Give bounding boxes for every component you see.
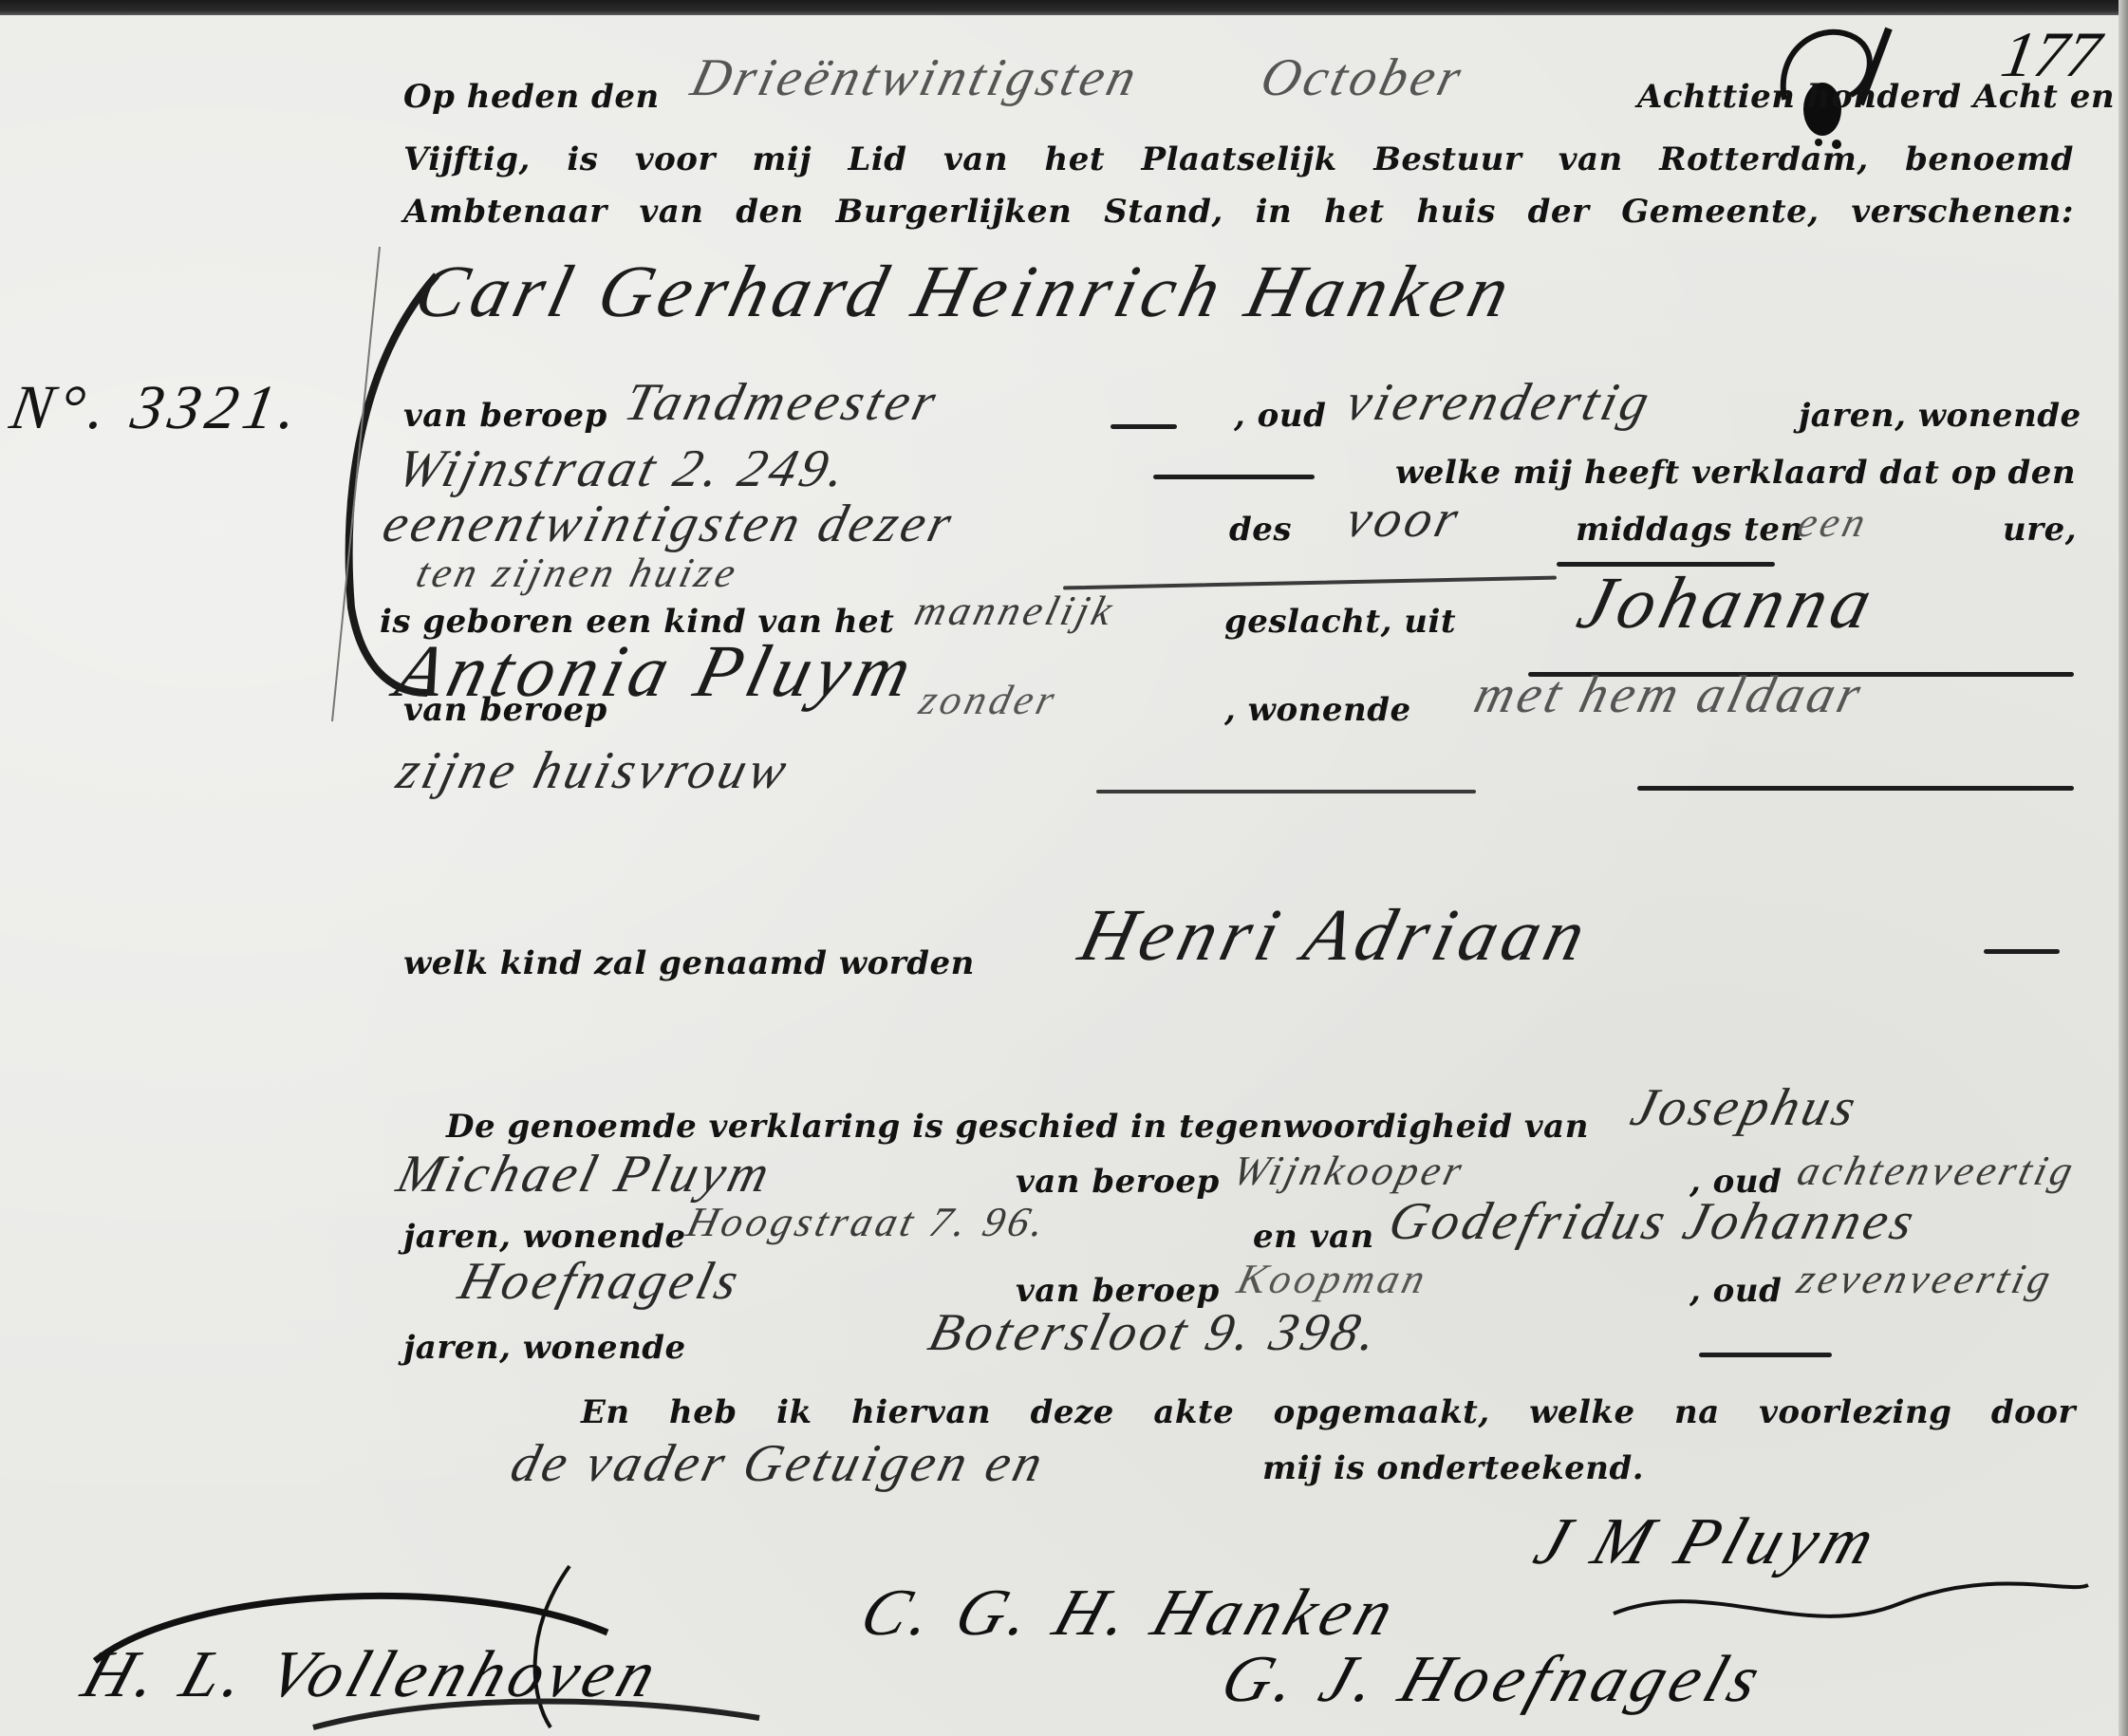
printed-op-heden: Op heden den <box>403 78 660 116</box>
printed-geslacht-uit: geslacht, uit <box>1224 603 1456 641</box>
word: Bestuur <box>1373 140 1521 178</box>
hand-witness1-first: Josephus <box>1625 1077 1865 1138</box>
hand-witness1-address: Hoogstraat 7. 96. <box>682 1198 1054 1246</box>
hand-child-sex: mannelijk <box>910 587 1121 635</box>
register-number: N°. 3321. <box>5 372 308 444</box>
word: En <box>581 1393 630 1431</box>
word: verschenen: <box>1851 193 2074 231</box>
hand-witness2-first: Godefridus Johannes <box>1383 1191 1923 1252</box>
fill-rule <box>1096 790 1476 793</box>
word: der <box>1528 193 1590 231</box>
printed-oud-1: , oud <box>1234 397 1326 435</box>
word: in <box>1256 193 1293 231</box>
hand-father-name: Carl Gerhard Heinrich Hanken <box>407 249 1523 334</box>
word: benoemd <box>1905 140 2074 178</box>
hand-date-day: Drieëntwintigsten <box>685 47 1146 108</box>
hand-birth-hour: een <box>1793 498 1875 547</box>
word: Stand, <box>1104 193 1223 231</box>
word: hiervan <box>851 1393 991 1431</box>
word: Plaatselijk <box>1142 140 1337 178</box>
hand-father-occupation: Tandmeester <box>619 372 945 433</box>
word: voorlezing <box>1759 1393 1951 1431</box>
word: huis <box>1416 193 1496 231</box>
printed-oud-4: , oud <box>1689 1272 1782 1310</box>
hand-birth-place: ten zijnen huize <box>412 549 744 597</box>
hand-birth-day: eenentwintigsten dezer <box>377 494 961 554</box>
word: welke <box>1529 1393 1635 1431</box>
hand-witness1-age: achtenveertig <box>1793 1147 2081 1195</box>
hand-witness2-occupation: Koopman <box>1233 1255 1434 1303</box>
word: na <box>1674 1393 1720 1431</box>
signature-witness1: J M Pluym <box>1525 1504 1889 1580</box>
word: is <box>567 140 598 178</box>
word: Lid <box>848 140 906 178</box>
word: akte <box>1153 1393 1234 1431</box>
word: door <box>1991 1393 2076 1431</box>
scan-right-edge <box>2119 0 2128 1736</box>
signature-father: C. G. H. Hanken <box>851 1576 1408 1652</box>
printed-jaren-wonende-1: jaren, wonende <box>1799 397 2081 435</box>
word: ik <box>776 1393 812 1431</box>
word: Burgerlijken <box>836 193 1073 231</box>
hand-part-of-day: voor <box>1340 489 1468 550</box>
fill-rule <box>1637 786 2074 791</box>
printed-year: Achttien honderd Acht en <box>1637 78 2115 116</box>
word: Rotterdam, <box>1659 140 1869 178</box>
hand-date-month: October <box>1255 47 1470 108</box>
printed-line-3: Ambtenaar van den Burgerlijken Stand, in… <box>403 193 2074 231</box>
printed-van-beroep-3: van beroep <box>1016 1163 1220 1201</box>
word: het <box>1324 193 1385 231</box>
hand-mother-first-name: Johanna <box>1570 560 1886 645</box>
printed-jaren-wonende-4: jaren, wonende <box>403 1329 686 1367</box>
printed-welk-kind: welk kind zal genaamd worden <box>403 944 975 982</box>
hand-signed-by: de vader Getuigen en <box>505 1433 1052 1494</box>
signature-official: H. L. Vollenhoven <box>73 1637 671 1713</box>
hand-mother-residence: met hem aldaar <box>1468 664 1870 725</box>
word: Vijftig, <box>403 140 531 178</box>
printed-van-beroep-1: van beroep <box>403 397 607 435</box>
word: heb <box>669 1393 737 1431</box>
word: voor <box>635 140 716 178</box>
dash-rule <box>1153 475 1315 479</box>
printed-line-2: Vijftig, is voor mij Lid van het Plaatse… <box>403 140 2074 178</box>
hand-child-name: Henri Adriaan <box>1072 892 1599 978</box>
printed-jaren-wonende-3: jaren, wonende <box>403 1218 686 1256</box>
word: Ambtenaar <box>403 193 607 231</box>
hand-father-age: vierendertig <box>1340 372 1659 433</box>
dash-rule <box>1111 424 1177 429</box>
hand-witness1-occupation: Wijnkooper <box>1228 1147 1471 1195</box>
word: den <box>736 193 804 231</box>
printed-des: des <box>1229 511 1292 549</box>
hand-father-address: Wijnstraat 2. 249. <box>391 439 855 499</box>
printed-middags-ten: middags ten <box>1576 511 1804 549</box>
word: van <box>943 140 1008 178</box>
printed-genoemde: De genoemde verklaring is geschied in te… <box>446 1108 1589 1146</box>
printed-welke-verklaard: welke mij heeft verklaard dat op den <box>1395 454 2076 492</box>
word: opgemaakt, <box>1274 1393 1490 1431</box>
hand-witness1-name: Michael Pluym <box>391 1144 779 1204</box>
dash-rule <box>1699 1353 1832 1357</box>
hand-witness2-name: Hoefnagels <box>453 1251 748 1312</box>
printed-en-van: en van <box>1253 1218 1374 1256</box>
word: van <box>639 193 703 231</box>
printed-ure: ure, <box>2003 511 2077 549</box>
word: deze <box>1031 1393 1114 1431</box>
printed-van-beroep-2: van beroep <box>403 691 607 729</box>
word: mij <box>752 140 812 178</box>
word: van <box>1559 140 1623 178</box>
word: het <box>1045 140 1106 178</box>
hand-mother-occupation: zonder <box>915 676 1063 724</box>
printed-wonende-2: , wonende <box>1224 691 1411 729</box>
hand-mother-relation: zijne huisvrouw <box>391 740 796 801</box>
printed-onderteekend: mij is onderteekend. <box>1262 1449 1644 1487</box>
hand-witness2-address: Botersloot 9. 398. <box>923 1302 1387 1363</box>
printed-en-heb: En heb ik hiervan deze akte opgemaakt, w… <box>581 1393 2076 1431</box>
hand-witness2-age: zevenveertig <box>1793 1255 2060 1303</box>
word: Gemeente, <box>1621 193 1819 231</box>
signature-witness2: G. J. Hoefnagels <box>1212 1642 1774 1718</box>
dash-rule <box>1984 949 2060 954</box>
